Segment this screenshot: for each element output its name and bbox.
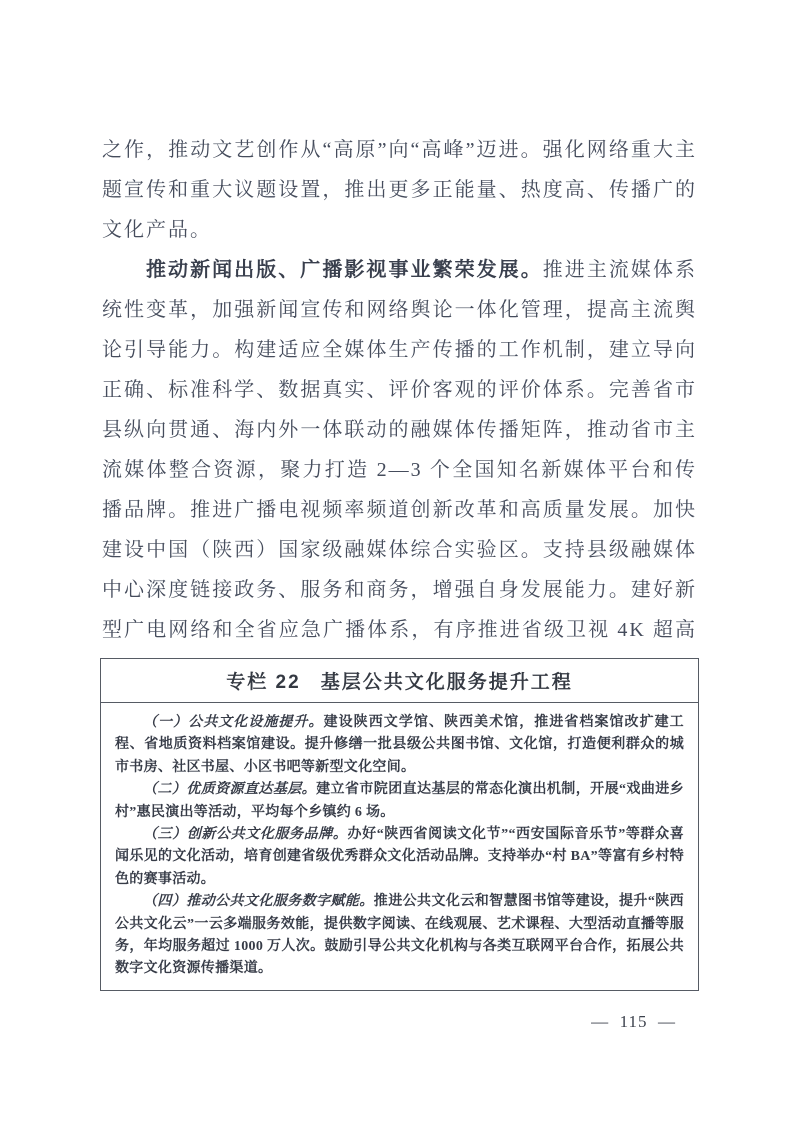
paragraph-text: 之作，推动文艺创作从“高原”向“高峰”迈进。强化网络重大主题宣传和重大议题设置，… (102, 139, 697, 241)
feature-box-item-lead: （三）创新公共文化服务品牌。 (143, 827, 347, 842)
paragraph: 之作，推动文艺创作从“高原”向“高峰”迈进。强化网络重大主题宣传和重大议题设置，… (102, 130, 697, 250)
footer-page-number: — 115 — (591, 1012, 676, 1032)
feature-box-item-lead: （四）推动公共文化服务数字赋能。 (143, 894, 374, 909)
paragraph-lead: 推动新闻出版、广播影视事业繁荣发展。 (146, 259, 543, 281)
feature-box-header: 专栏 22 基层公共文化服务提升工程 (101, 659, 698, 703)
feature-box-item: （二）优质资源直达基层。建立省市院团直达基层的常态化演出机制，开展“戏曲进乡村”… (115, 779, 684, 824)
feature-box-label: 专栏 22 (226, 667, 300, 694)
feature-box-item: （三）创新公共文化服务品牌。办好“陕西省阅读文化节”“西安国际音乐节”等群众喜闻… (115, 824, 684, 891)
feature-box-item-lead: （二）优质资源直达基层。 (143, 782, 316, 797)
paragraph: 推动新闻出版、广播影视事业繁荣发展。推进主流媒体系统性变革，加强新闻宣传和网络舆… (102, 250, 697, 690)
feature-box: 专栏 22 基层公共文化服务提升工程 （一）公共文化设施提升。建设陕西文学馆、陕… (100, 658, 699, 991)
body-text: 之作，推动文艺创作从“高原”向“高峰”迈进。强化网络重大主题宣传和重大议题设置，… (102, 130, 697, 690)
feature-box-title: 基层公共文化服务提升工程 (321, 667, 573, 694)
feature-box-item: （一）公共文化设施提升。建设陕西文学馆、陕西美术馆，推进省档案馆改扩建工程、省地… (115, 712, 684, 779)
feature-box-body: （一）公共文化设施提升。建设陕西文学馆、陕西美术馆，推进省档案馆改扩建工程、省地… (101, 703, 698, 989)
feature-box-item: （四）推动公共文化服务数字赋能。推进公共文化云和智慧图书馆等建设，提升“陕西公共… (115, 891, 684, 981)
feature-box-item-lead: （一）公共文化设施提升。 (143, 715, 324, 730)
paragraph-text: 推进主流媒体系统性变革，加强新闻宣传和网络舆论一体化管理，提高主流舆论引导能力。… (102, 259, 697, 681)
document-page: 之作，推动文艺创作从“高原”向“高峰”迈进。强化网络重大主题宣传和重大议题设置，… (0, 0, 794, 1123)
